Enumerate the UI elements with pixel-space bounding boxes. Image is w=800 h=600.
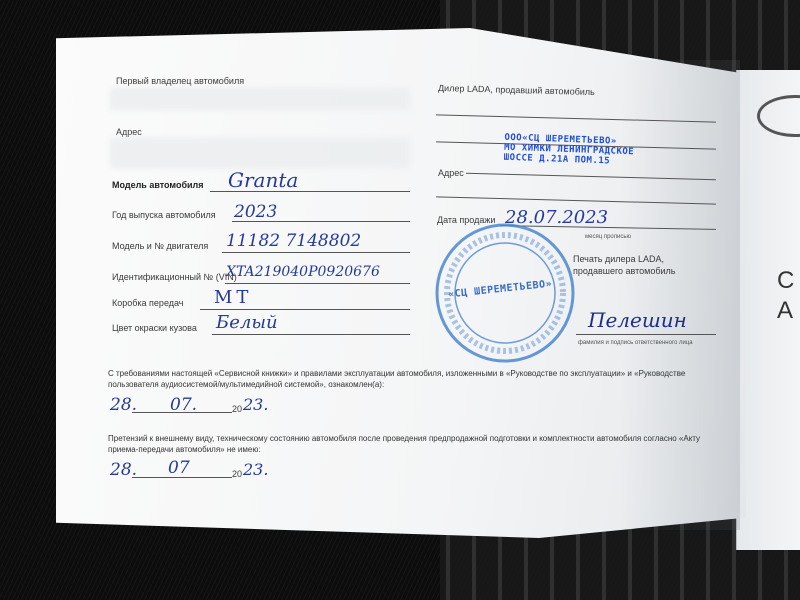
field-year-value: 2023 — [234, 202, 277, 222]
field-engine-value: 11182 7148802 — [226, 231, 361, 251]
right-page-heading: С А — [777, 266, 794, 326]
redacted-owner-address — [110, 138, 410, 168]
field-model-label: Модель автомобиля — [112, 180, 204, 190]
dealer-signature: Пелешин — [588, 308, 687, 332]
claims-text: Претензий к внешнему виду, техническому … — [108, 433, 708, 455]
field-vin-label: Идентификационный № (VIN) — [112, 272, 237, 282]
month-hint: месяц прописью — [585, 234, 631, 240]
field-model-value: Granta — [228, 168, 298, 192]
field-engine-label: Модель и № двигателя — [112, 241, 208, 251]
redacted-owner-name — [110, 88, 410, 110]
field-gearbox-line — [200, 309, 410, 310]
field-color-label: Цвет окраски кузова — [112, 323, 197, 333]
dealer-address-stamp: ООО«СЦ ШЕРЕМЕТЬЕВО» МО ХИМКИ ЛЕНИНГРАДСК… — [504, 133, 635, 168]
field-gearbox-label: Коробка передач — [112, 298, 184, 308]
dealer-address-label: Адрес — [438, 168, 464, 178]
acknowledgement-text: С требованиями настоящей «Сервисной книж… — [108, 368, 708, 390]
field-vin-value: XTA219040P0920676 — [226, 264, 380, 280]
field-color-line — [212, 334, 410, 335]
page-gutter-shadow — [620, 60, 740, 530]
signature-line — [576, 334, 716, 335]
field-gearbox-value: МТ — [214, 287, 252, 308]
signature-hint: фамилия и подпись ответственного лица — [578, 340, 693, 346]
field-vin-line — [225, 283, 410, 284]
first-owner-label: Первый владелец автомобиля — [116, 76, 244, 86]
field-engine-line — [222, 252, 410, 253]
seal-label-1: Печать дилера LADA, — [573, 254, 664, 264]
owner-address-label: Адрес — [116, 127, 142, 137]
seal-label-2: продавшего автомобиль — [573, 266, 675, 276]
field-year-label: Год выпуска автомобиля — [112, 210, 216, 220]
field-color-value: Белый — [216, 312, 278, 333]
